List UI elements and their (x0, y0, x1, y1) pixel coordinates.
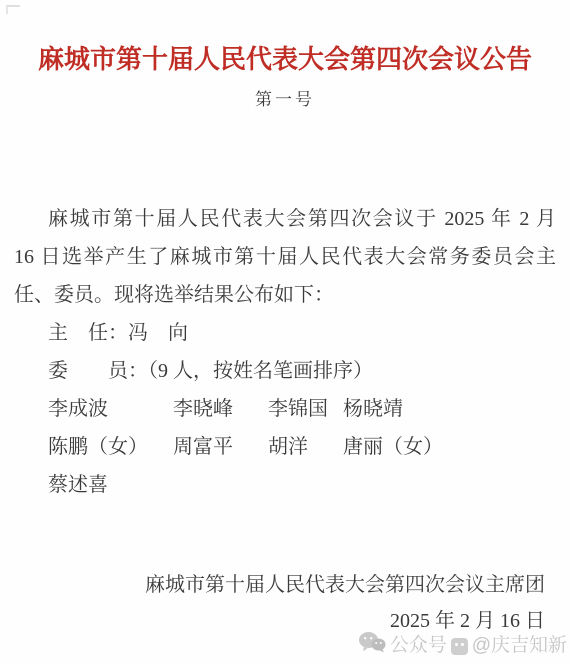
member-name: 唐丽（女） (343, 428, 556, 466)
member-name: 李晓峰 (173, 390, 268, 428)
body-paragraph-line: 麻城市第十届人民代表大会第四次会议于 2025 年 2 月 (14, 200, 556, 238)
member-row: 陈鹏（女） 周富平 胡洋 唐丽（女） (14, 428, 556, 466)
watermark-suffix: @庆吉知新 (472, 633, 567, 659)
signature-organization: 麻城市第十届人民代表大会第四次会议主席团 (0, 572, 545, 598)
member-name: 李成波 (48, 390, 173, 428)
member-name: 杨晓靖 (343, 390, 556, 428)
account-badge-icon (451, 638, 468, 655)
body-paragraph-line: 任、委员。现将选举结果公布如下： (14, 276, 556, 314)
member-name: 蔡述喜 (48, 466, 173, 504)
watermark: 公众号 @庆吉知新 (358, 631, 567, 661)
document-footer: 麻城市第十届人民代表大会第四次会议主席团 2025 年 2 月 16 日 (0, 572, 570, 634)
member-row: 蔡述喜 (14, 466, 556, 504)
document-title: 麻城市第十届人民代表大会第四次会议公告 (0, 44, 570, 74)
scan-artifact (6, 5, 20, 14)
member-row: 李成波 李晓峰 李锦国 杨晓靖 (14, 390, 556, 428)
wechat-icon (358, 631, 386, 661)
issue-number: 第一号 (0, 88, 570, 112)
member-name: 周富平 (173, 428, 268, 466)
member-name: 李锦国 (268, 390, 343, 428)
body-paragraph-line: 16 日选举产生了麻城市第十届人民代表大会常务委员会主 (14, 238, 556, 276)
chairman-line: 主 任：冯 向 (14, 314, 556, 352)
announcement-document: 麻城市第十届人民代表大会第四次会议公告 第一号 麻城市第十届人民代表大会第四次会… (0, 0, 570, 664)
member-name: 胡洋 (268, 428, 343, 466)
member-name: 陈鹏（女） (48, 428, 173, 466)
document-body: 麻城市第十届人民代表大会第四次会议于 2025 年 2 月 16 日选举产生了麻… (0, 200, 570, 504)
members-heading: 委 员：（9 人，按姓名笔画排序） (14, 352, 556, 390)
watermark-prefix: 公众号 (390, 633, 447, 659)
